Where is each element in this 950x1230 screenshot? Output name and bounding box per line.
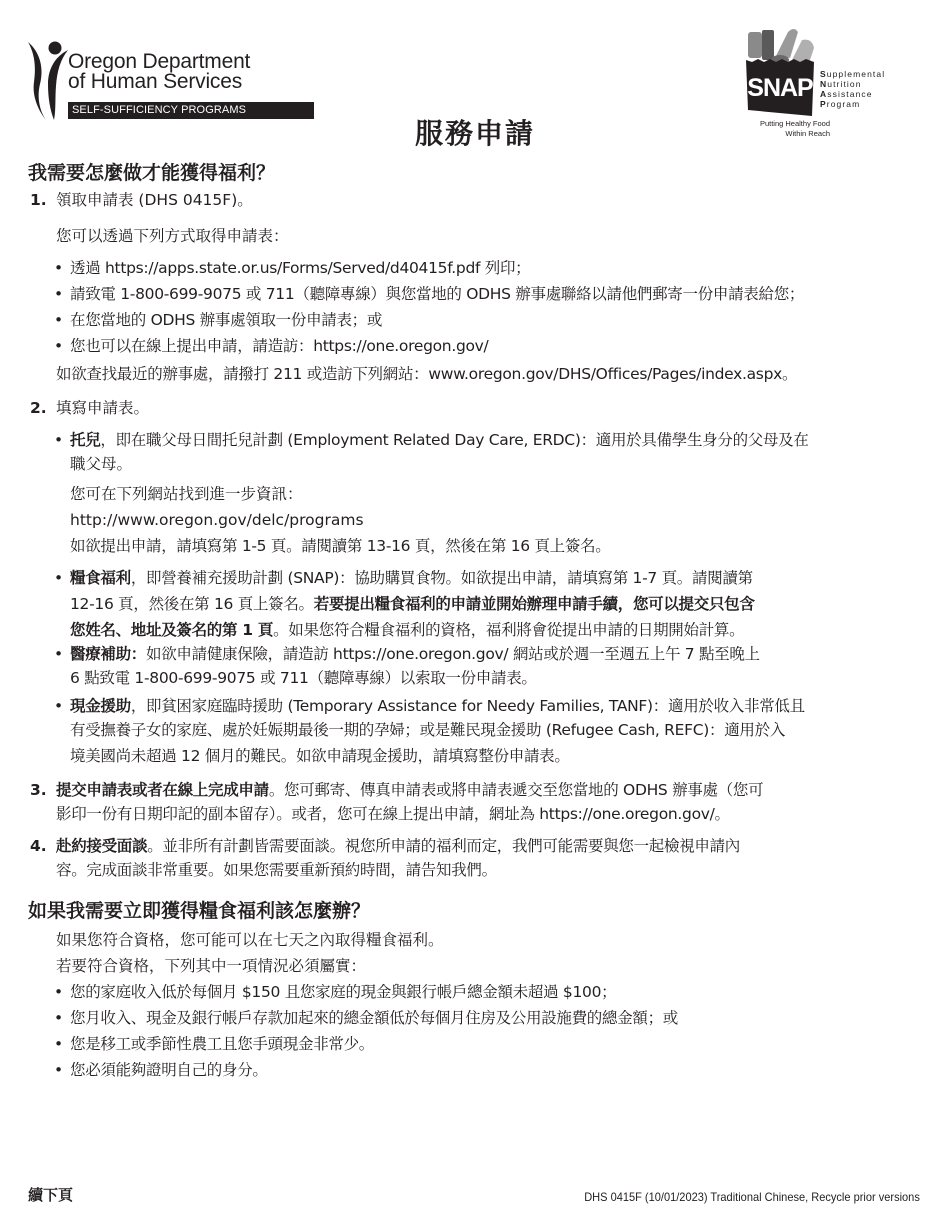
- expedited-bullet-migrant: 您是移工或季節性農工且您手頭現金非常少。: [70, 1034, 374, 1054]
- cash-label: 現金援助: [70, 697, 131, 715]
- bullet-icon: •: [54, 568, 63, 588]
- step1-title: 領取申請表 (DHS 0415F)。: [56, 190, 253, 210]
- step-number: 1.: [30, 190, 47, 210]
- bullet-icon: •: [54, 982, 63, 1002]
- odhs-logo: Oregon Department of Human Services SELF…: [26, 38, 296, 122]
- bullet-icon: •: [54, 1008, 63, 1028]
- step-number: 4.: [30, 836, 47, 856]
- snap-word-program: Program: [820, 99, 885, 109]
- continue-next-page: 續下頁: [28, 1184, 73, 1205]
- cash-line1: 現金援助，即貧困家庭臨時援助 (Temporary Assistance for…: [70, 696, 805, 716]
- expedited-bullet-housing: 您月收入、現金及銀行帳戶存款加起來的總金額低於每個月住房及公用設施費的總金額；或: [70, 1008, 678, 1028]
- step4-title: 赴約接受面談: [56, 837, 147, 855]
- bullet-icon: •: [54, 430, 63, 450]
- step4-line1: 赴約接受面談。並非所有計劃皆需要面談。視您所申請的福利而定，我們可能需要與您一起…: [56, 836, 740, 856]
- section-heading-how-to-get-benefits: 我需要怎麼做才能獲得福利？: [28, 158, 275, 185]
- bullet-icon: •: [54, 1060, 63, 1080]
- expedited-bullet-income: 您的家庭收入低於每個月 $150 且您家庭的現金與銀行帳戶總金額未超過 $100…: [70, 982, 616, 1002]
- food-line3-bold: 您姓名、地址及簽名的第 1 頁: [70, 621, 273, 639]
- snap-program-words: Supplemental Nutrition Assistance Progra…: [820, 69, 885, 109]
- odhs-name-line1: Oregon Department: [68, 52, 250, 72]
- step1-office-note: 如欲查找最近的辦事處，請撥打 211 或造訪下列網站：www.oregon.go…: [56, 364, 797, 384]
- step1-bullet-call: 請致電 1-800-699-9075 或 711（聽障專線）與您當地的 ODHS…: [70, 284, 804, 304]
- bullet-icon: •: [54, 696, 63, 716]
- step2-title: 填寫申請表。: [56, 398, 149, 418]
- bullet-icon: •: [54, 1034, 63, 1054]
- food-label: 糧食福利: [70, 569, 131, 587]
- snap-word-supplemental: Supplemental: [820, 69, 885, 79]
- page-title: 服務申請: [0, 112, 950, 152]
- snap-word-assistance: Assistance: [820, 89, 885, 99]
- step4-line2: 容。完成面談非常重要。如果您需要重新預約時間，請告知我們。: [56, 860, 497, 880]
- cash-line3: 境美國尚未超過 12 個月的難民。如欲申請現金援助，請填寫整份申請表。: [70, 746, 570, 766]
- document-page: Oregon Department of Human Services SELF…: [0, 0, 950, 1230]
- step1-bullet-print: 透過 https://apps.state.or.us/Forms/Served…: [70, 258, 530, 278]
- bullet-icon: •: [54, 644, 63, 664]
- step1-intro: 您可以透過下列方式取得申請表：: [56, 226, 289, 246]
- step4-desc: 。並非所有計劃皆需要面談。視您所申請的福利而定，我們可能需要與您一起檢視申請內: [147, 837, 740, 855]
- medical-line2: 6 點致電 1-800-699-9075 或 711（聽障專線）以索取一份申請表…: [70, 668, 537, 688]
- step-number: 2.: [30, 398, 47, 418]
- section-heading-expedited-food: 如果我需要立即獲得糧食福利該怎麼辦？: [28, 896, 370, 923]
- food-desc: ，即營養補充援助計劃 (SNAP)：協助購買食物。如欲提出申請，請填寫第 1-7…: [131, 569, 753, 587]
- grocery-bag-icon: SNAP: [742, 26, 818, 118]
- bullet-icon: •: [54, 336, 63, 356]
- form-version-info: DHS 0415F (10/01/2023) Traditional Chine…: [584, 1190, 920, 1204]
- step3-desc: 。您可郵寄、傳真申請表或將申請表遞交至您當地的 ODHS 辦事處（您可: [269, 781, 764, 799]
- food-line3: 您姓名、地址及簽名的第 1 頁。如果您符合糧食福利的資格，福利將會從提出申請的日…: [70, 620, 744, 640]
- step3-line2: 影印一份有日期印記的副本留存）。或者，您可在線上提出申請，網址為 https:/…: [56, 804, 730, 824]
- childcare-desc: ，即在職父母日間托兒計劃 (Employment Related Day Car…: [100, 431, 808, 449]
- food-line2-plain: 12-16 頁，然後在第 16 頁上簽名。: [70, 595, 314, 613]
- step-number: 3.: [30, 780, 47, 800]
- step1-bullet-office: 在您當地的 ODHS 辦事處領取一份申請表；或: [70, 310, 382, 330]
- food-line2-bold: 若要提出糧食福利的申請並開始辦理申請手續，您可以提交只包含: [314, 595, 755, 613]
- medical-line1: 醫療補助：如欲申請健康保險，請造訪 https://one.oregon.gov…: [70, 644, 760, 664]
- childcare-line1: 托兒，即在職父母日間托兒計劃 (Employment Related Day C…: [70, 430, 809, 450]
- step1-bullet-online: 您也可以在線上提出申請，請造訪：https://one.oregon.gov/: [70, 336, 488, 356]
- childcare-line2: 職父母。: [70, 454, 132, 474]
- bullet-icon: •: [54, 284, 63, 304]
- svg-text:SNAP: SNAP: [747, 74, 813, 102]
- food-line3-plain: 。如果您符合糧食福利的資格，福利將會從提出申請的日期開始計算。: [273, 621, 744, 639]
- bullet-icon: •: [54, 310, 63, 330]
- bullet-icon: •: [54, 258, 63, 278]
- step3-line1: 提交申請表或者在線上完成申請。您可郵寄、傳真申請表或將申請表遞交至您當地的 OD…: [56, 780, 763, 800]
- odhs-name-line2: of Human Services: [68, 72, 250, 92]
- person-figure-icon: [26, 38, 70, 122]
- medical-desc: 如欲申請健康保險，請造訪 https://one.oregon.gov/ 網站或…: [146, 645, 760, 663]
- childcare-apply: 如欲提出申請，請填寫第 1-5 頁。請閱讀第 13-16 頁，然後在第 16 頁…: [70, 536, 610, 556]
- snap-word-nutrition: Nutrition: [820, 79, 885, 89]
- medical-label: 醫療補助：: [70, 645, 146, 663]
- expedited-bullet-identity: 您必須能夠證明自己的身分。: [70, 1060, 268, 1080]
- odhs-name: Oregon Department of Human Services: [68, 52, 250, 92]
- childcare-url[interactable]: http://www.oregon.gov/delc/programs: [70, 510, 364, 530]
- food-line1: 糧食福利，即營養補充援助計劃 (SNAP)：協助購買食物。如欲提出申請，請填寫第…: [70, 568, 753, 588]
- cash-line2: 有受撫養子女的家庭、處於妊娠期最後一期的孕婦；或是難民現金援助 (Refugee…: [70, 720, 785, 740]
- expedited-intro1: 如果您符合資格，您可能可以在七天之內取得糧食福利。: [56, 930, 444, 950]
- cash-desc: ，即貧困家庭臨時援助 (Temporary Assistance for Nee…: [131, 697, 805, 715]
- step3-title: 提交申請表或者在線上完成申請: [56, 781, 269, 799]
- childcare-info-intro: 您可在下列網站找到進一步資訊：: [70, 484, 303, 504]
- childcare-label: 托兒: [70, 431, 100, 449]
- expedited-intro2: 若要符合資格，下列其中一項情況必須屬實：: [56, 956, 366, 976]
- food-line2: 12-16 頁，然後在第 16 頁上簽名。若要提出糧食福利的申請並開始辦理申請手…: [70, 594, 755, 614]
